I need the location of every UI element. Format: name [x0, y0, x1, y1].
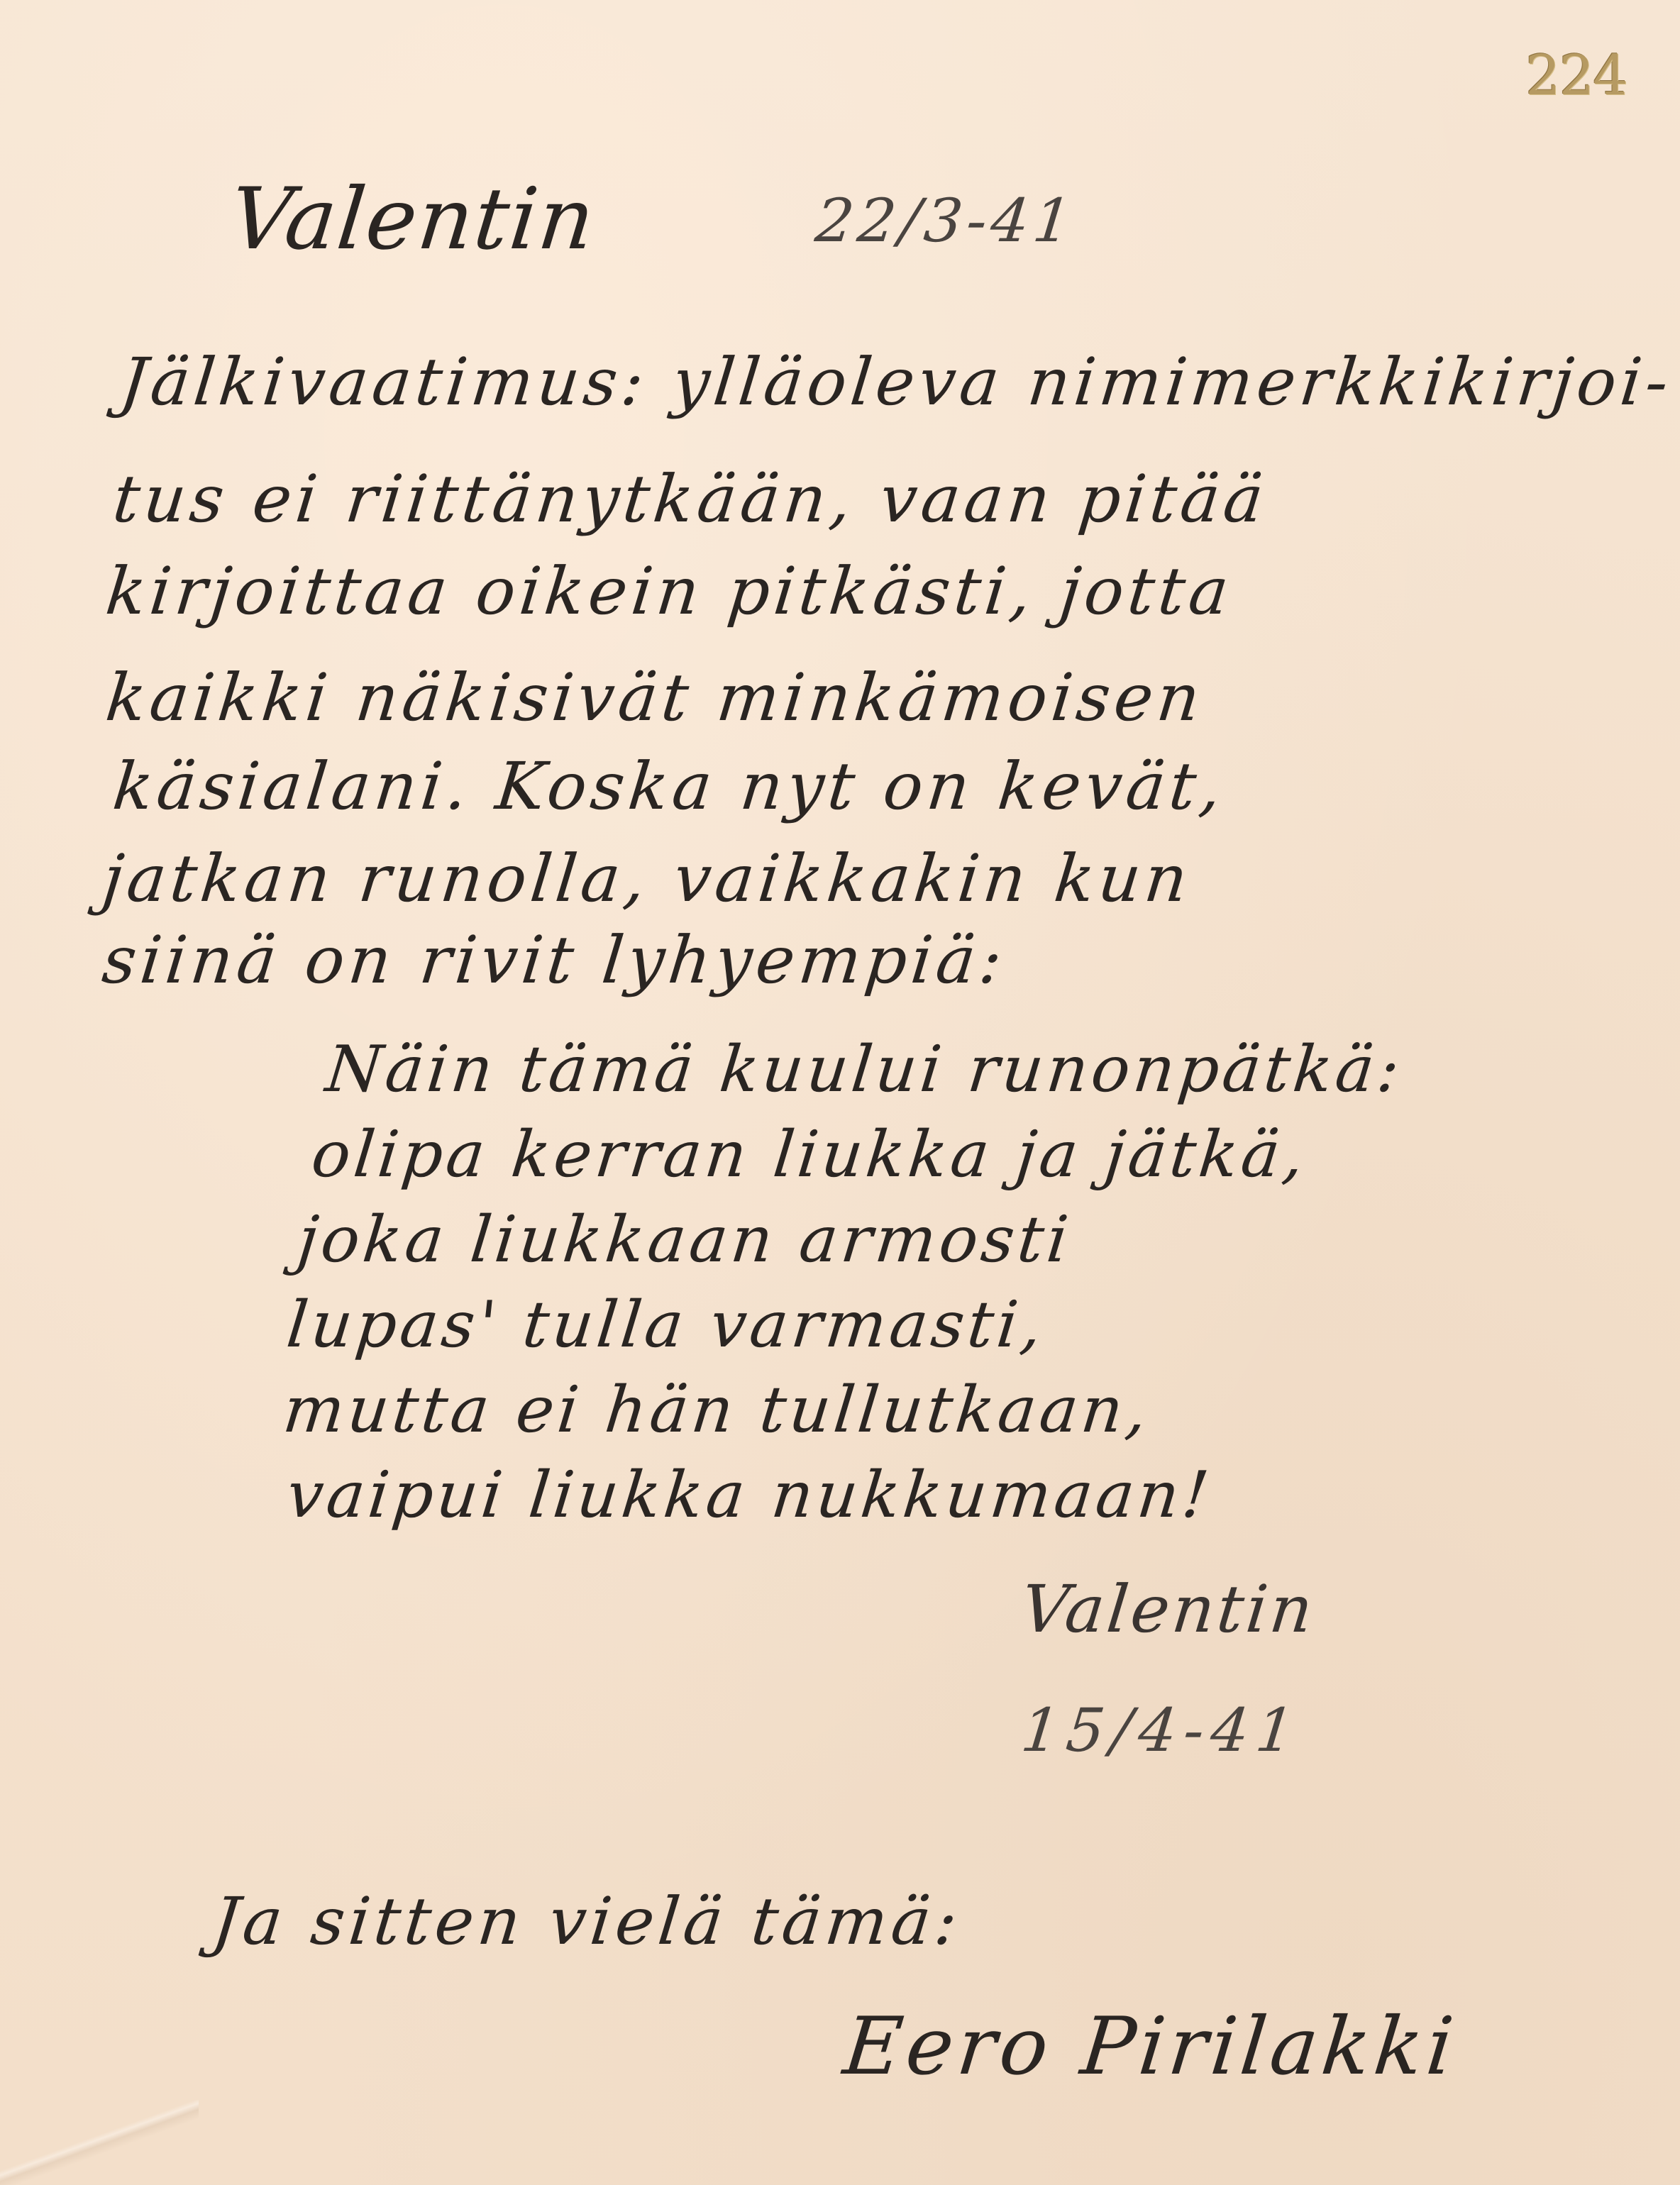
torn-paper-edge: [0, 2100, 199, 2185]
paragraph-line: tus ei riittänytkään, vaan pitää: [109, 461, 1271, 537]
letter-page: 224 Valentin 22/3-41 Jälkivaatimus: yllä…: [0, 0, 1680, 2185]
header-date: 22/3-41: [812, 186, 1079, 255]
author-signature: Eero Pirilakki: [839, 2001, 1461, 2093]
closing-date: 15/4-41: [1018, 1696, 1305, 1765]
verse-line: Näin tämä kuului runonpätkä:: [322, 1032, 1406, 1107]
paragraph-line: kirjoittaa oikein pitkästi, jotta: [102, 553, 1236, 629]
verse-line: joka liukkaan armosti: [294, 1202, 1075, 1277]
postscript-line: Ja sitten vielä tämä:: [209, 1883, 965, 1959]
verse-line: lupas' tulla varmasti,: [283, 1288, 1049, 1362]
paragraph-line: siinä on rivit lyhyempiä:: [99, 922, 1010, 998]
paragraph-line: käsialani. Koska nyt on kevät,: [109, 748, 1229, 824]
paragraph-line: kaikki näkisivät minkämoisen: [102, 660, 1207, 736]
verse-line: vaipui liukka nukkumaan!: [283, 1458, 1215, 1532]
closing-signature: Valentin: [1017, 1571, 1319, 1647]
paragraph-line: Jälkivaatimus: ylläoleva nimimerkkikirjo…: [116, 344, 1676, 420]
verse-line: olipa kerran liukka ja jätkä,: [308, 1117, 1310, 1192]
page-number: 224: [1525, 44, 1627, 108]
header-signature: Valentin: [226, 170, 600, 269]
paragraph-line: jatkan runolla, vaikkakin kun: [99, 841, 1195, 917]
verse-line: mutta ei hän tullutkaan,: [280, 1373, 1154, 1447]
